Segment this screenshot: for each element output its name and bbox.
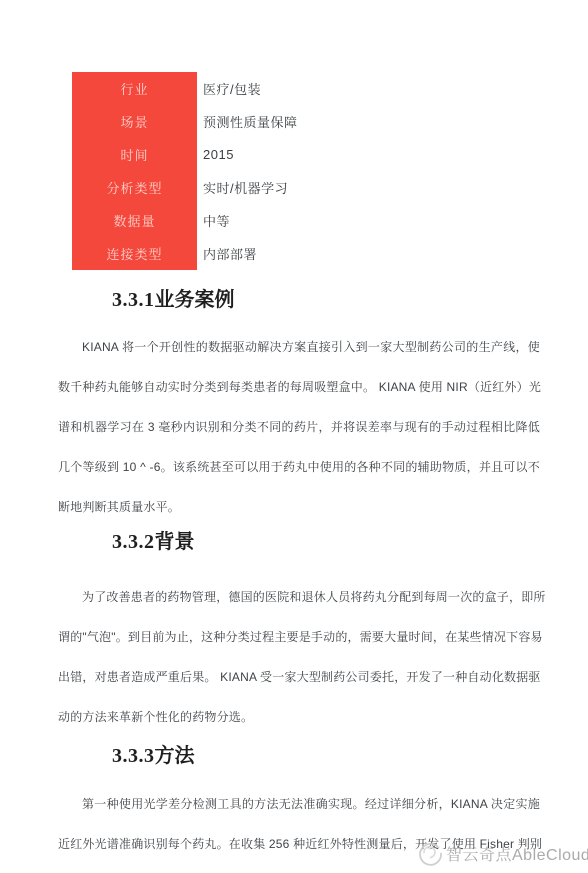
text-line: 几个等级到 10 ^ -6。该系统甚至可以用于药丸中使用的各种不同的辅助物质，并… <box>58 447 540 487</box>
text-line: 出错，对患者造成严重后果。 KIANA 受一家大型制药公司委托，开发了一种自动化… <box>58 657 540 697</box>
section-title: 背景 <box>155 531 195 553</box>
paragraph-background: 为了改善患者的药物管理，德国的医院和退休人员将药丸分配到每周一次的盒子，即所 谓… <box>58 577 540 737</box>
section-heading-background: 3.3.2背景 <box>112 530 195 555</box>
row-value: 中等 <box>197 204 230 237</box>
row-label: 场景 <box>72 105 197 138</box>
row-label: 时间 <box>72 138 197 171</box>
table-row: 分析类型 实时/机器学习 <box>72 171 298 204</box>
document-page: 行业 医疗/包装 场景 预测性质量保障 时间 2015 分析类型 实时/机器学习… <box>0 0 588 873</box>
row-value: 预测性质量保障 <box>197 105 298 138</box>
table-row: 时间 2015 <box>72 138 298 171</box>
row-label: 连接类型 <box>72 237 197 270</box>
paragraph-method: 第一种使用光学差分检测工具的方法无法准确实现。经过详细分析，KIANA 决定实施… <box>58 784 540 864</box>
section-heading-business-case: 3.3.1业务案例 <box>112 288 235 313</box>
section-number: 3.3.3 <box>112 745 155 767</box>
row-value: 2015 <box>197 138 234 171</box>
table-row: 数据量 中等 <box>72 204 298 237</box>
table-row: 行业 医疗/包装 <box>72 72 298 105</box>
text-line: 断地判断其质量水平。 <box>58 487 540 527</box>
table-row: 场景 预测性质量保障 <box>72 105 298 138</box>
section-heading-method: 3.3.3方法 <box>112 744 195 769</box>
text-line: 动的方法来革新个性化的药物分选。 <box>58 697 540 737</box>
row-label: 数据量 <box>72 204 197 237</box>
row-value: 内部部署 <box>197 237 257 270</box>
row-label: 行业 <box>72 72 197 105</box>
text-line: 为了改善患者的药物管理，德国的医院和退休人员将药丸分配到每周一次的盒子，即所 <box>58 577 540 617</box>
section-number: 3.3.1 <box>112 289 155 311</box>
case-info-table: 行业 医疗/包装 场景 预测性质量保障 时间 2015 分析类型 实时/机器学习… <box>72 72 298 270</box>
text-line: 谱和机器学习在 3 毫秒内识别和分类不同的药片，并将误差率与现有的手动过程相比降… <box>58 407 540 447</box>
row-value: 医疗/包装 <box>197 72 261 105</box>
text-line: 近红外光谱准确识别每个药丸。在收集 256 种近红外特性测量后，开发了使用 Fi… <box>58 824 540 864</box>
text-line: KIANA 将一个开创性的数据驱动解决方案直接引入到一家大型制药公司的生产线，使 <box>58 327 540 367</box>
section-number: 3.3.2 <box>112 531 155 553</box>
text-line: 第一种使用光学差分检测工具的方法无法准确实现。经过详细分析，KIANA 决定实施 <box>58 784 540 824</box>
text-line: 谓的"气泡"。到目前为止，这种分类过程主要是手动的，需要大量时间，在某些情况下容… <box>58 617 540 657</box>
paragraph-business-case: KIANA 将一个开创性的数据驱动解决方案直接引入到一家大型制药公司的生产线，使… <box>58 327 540 527</box>
row-value: 实时/机器学习 <box>197 171 288 204</box>
text-line: 数千种药丸能够自动实时分类到每类患者的每周吸塑盒中。 KIANA 使用 NIR（… <box>58 367 540 407</box>
section-title: 方法 <box>155 745 195 767</box>
section-title: 业务案例 <box>155 289 235 311</box>
row-label: 分析类型 <box>72 171 197 204</box>
table-row: 连接类型 内部部署 <box>72 237 298 270</box>
